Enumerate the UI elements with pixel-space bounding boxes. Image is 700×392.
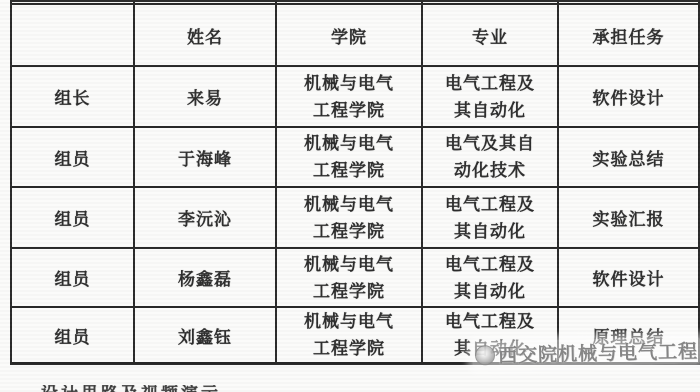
header-major: 专业 bbox=[422, 4, 558, 66]
watermark: 西交院机械与电气工程 bbox=[472, 336, 700, 368]
cell-name: 来易 bbox=[134, 66, 276, 127]
cell-role: 组长 bbox=[11, 66, 134, 127]
header-task: 承担任务 bbox=[558, 4, 699, 66]
bottom-cutoff-text: 设计思路及视频演示 bbox=[41, 385, 271, 392]
cell-role: 组员 bbox=[11, 248, 134, 307]
cell-name: 李沅沁 bbox=[134, 187, 276, 248]
watermark-text: 西交院机械与电气工程 bbox=[498, 336, 699, 368]
watermark-logo-icon bbox=[475, 345, 495, 365]
cell-role: 组员 bbox=[11, 127, 134, 187]
cell-task: 实验汇报 bbox=[558, 187, 699, 248]
table-row: 组员 于海峰 机械与电气 工程学院 电气及其自 动化技术 实验总结 bbox=[11, 127, 699, 187]
cell-name: 刘鑫钰 bbox=[134, 307, 276, 364]
screenshot-root: 姓名 学院 专业 承担任务 组长 来易 机械与电气 工程学院 电气工程及 其自动… bbox=[0, 0, 700, 392]
cell-name: 于海峰 bbox=[134, 127, 276, 187]
cell-college: 机械与电气 工程学院 bbox=[276, 248, 422, 307]
cell-major: 电气及其自 动化技术 bbox=[422, 127, 558, 187]
cell-name: 杨鑫磊 bbox=[134, 248, 276, 307]
cell-task: 软件设计 bbox=[558, 248, 699, 307]
table-row: 组员 李沅沁 机械与电气 工程学院 电气工程及 其自动化 实验汇报 bbox=[11, 187, 699, 248]
header-role bbox=[11, 4, 134, 66]
table-row: 组员 杨鑫磊 机械与电气 工程学院 电气工程及 其自动化 软件设计 bbox=[11, 248, 699, 307]
cell-task: 实验总结 bbox=[558, 127, 699, 187]
header-college: 学院 bbox=[276, 4, 422, 66]
cell-task: 软件设计 bbox=[558, 66, 699, 127]
cell-major: 电气工程及 其自动化 bbox=[422, 66, 558, 127]
team-task-table: 姓名 学院 专业 承担任务 组长 来易 机械与电气 工程学院 电气工程及 其自动… bbox=[10, 0, 700, 365]
cell-college: 机械与电气 工程学院 bbox=[276, 66, 422, 127]
table-row: 组长 来易 机械与电气 工程学院 电气工程及 其自动化 软件设计 bbox=[11, 66, 699, 127]
table-header-row: 姓名 学院 专业 承担任务 bbox=[11, 4, 699, 66]
cell-college: 机械与电气 工程学院 bbox=[276, 187, 422, 248]
cell-major: 电气工程及 其自动化 bbox=[422, 187, 558, 248]
cell-college: 机械与电气 工程学院 bbox=[276, 307, 422, 364]
cell-college: 机械与电气 工程学院 bbox=[276, 127, 422, 187]
header-name: 姓名 bbox=[134, 4, 276, 66]
cell-role: 组员 bbox=[11, 307, 134, 364]
cell-major: 电气工程及 其自动化 bbox=[422, 248, 558, 307]
cell-role: 组员 bbox=[11, 187, 134, 248]
